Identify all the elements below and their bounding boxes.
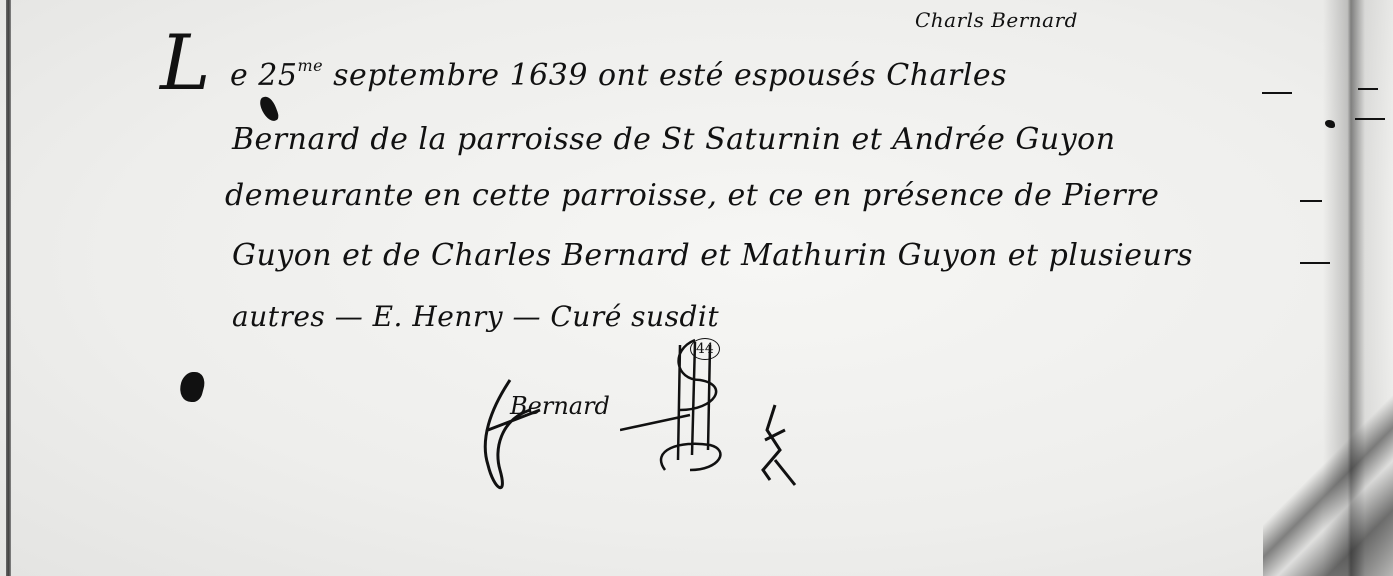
signature-flourish-icon <box>470 370 610 500</box>
page-binding-edge <box>6 0 11 576</box>
ink-blot <box>1325 120 1335 128</box>
text-line-5: autres — E. Henry — Curé susdit <box>232 300 719 333</box>
paraph-mark <box>620 330 750 484</box>
text-line-1: e 25me septembre 1639 ont esté espousés … <box>230 56 1007 93</box>
cross-mark-signature <box>745 400 805 494</box>
line-end-dash <box>1262 92 1292 94</box>
paraph-icon <box>620 330 750 480</box>
cross-mark-icon <box>745 400 805 490</box>
text-line-3: demeurante en cette parroisse, et ce en … <box>225 178 1159 213</box>
ordinal-superscript: me <box>297 56 323 75</box>
initial-letter: L <box>160 18 210 107</box>
margin-stroke <box>1355 118 1385 120</box>
line-1-pre: e 25 <box>230 58 297 93</box>
page-tear-corner <box>1263 376 1393 576</box>
text-line-2: Bernard de la parroisse de St Saturnin e… <box>232 122 1116 157</box>
text-line-4: Guyon et de Charles Bernard et Mathurin … <box>232 238 1193 273</box>
margin-note: Charls Bernard <box>915 8 1078 32</box>
line-end-dash <box>1300 262 1330 264</box>
margin-stroke <box>1358 88 1378 90</box>
ink-blot <box>176 372 208 402</box>
line-end-dash <box>1300 200 1322 202</box>
ink-blot <box>258 94 280 123</box>
folio-number: 44 <box>690 338 720 360</box>
signature-bernard: Bernard <box>470 370 610 504</box>
signature-bernard-name: Bernard <box>510 392 610 420</box>
register-page: Charls Bernard L e 25me septembre 1639 o… <box>0 0 1393 576</box>
line-1-post: septembre 1639 ont esté espousés Charles <box>323 58 1007 93</box>
